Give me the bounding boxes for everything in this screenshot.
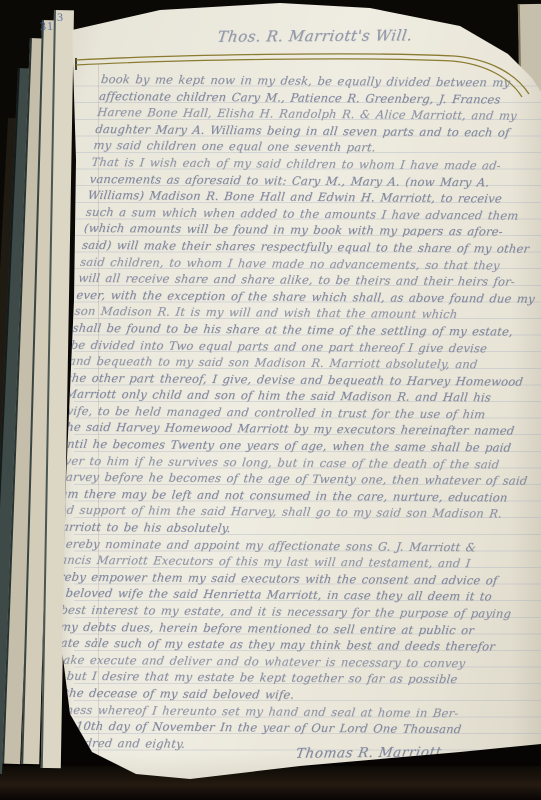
testator-signature: Thomas R. Marriott xyxy=(295,744,443,762)
underlying-page-number: 31 xyxy=(40,19,55,34)
record-book-photo: 3 31 322 Thos. R. Marriott's Will. book … xyxy=(0,0,541,800)
underlying-page-number-partial: 3 xyxy=(57,10,64,25)
ledger-page: 322 Thos. R. Marriott's Will. book by me… xyxy=(40,0,541,800)
book-bottom-board xyxy=(0,766,541,800)
will-title: Thos. R. Marriott's Will. xyxy=(169,26,462,46)
will-body: book by me kept now in my desk, be equal… xyxy=(25,71,538,754)
page-number: 322 xyxy=(84,5,110,21)
